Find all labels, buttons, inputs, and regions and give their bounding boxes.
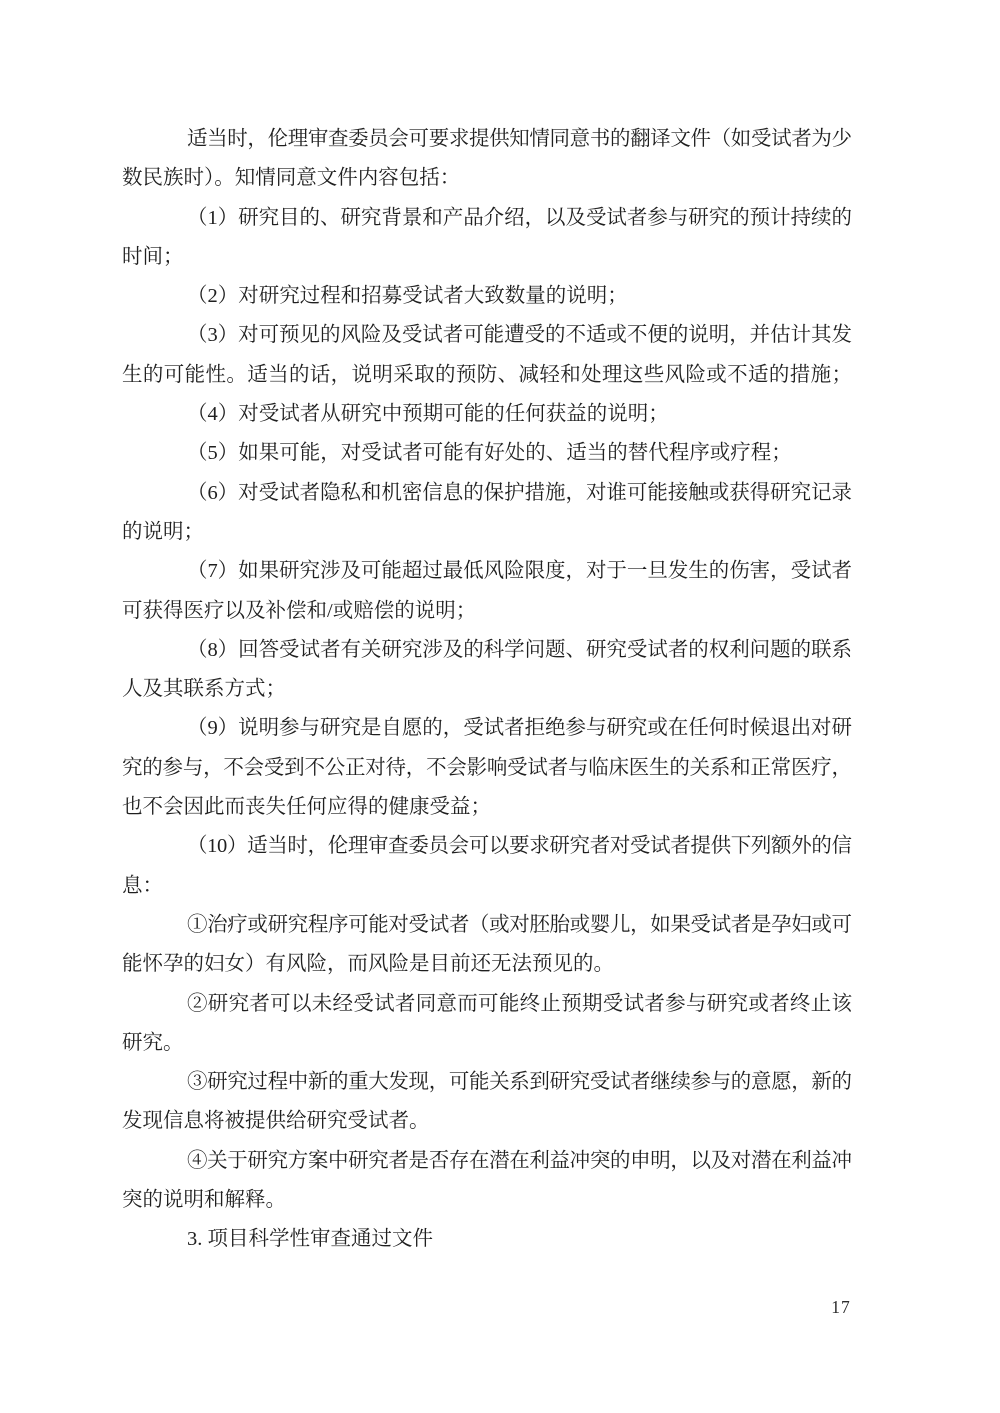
text-line-content: 发现信息将被提供给研究受试者。 — [122, 1110, 430, 1132]
text-line-content: ③研究过程中新的重大发现，可能关系到研究受试者继续参与的意愿，新的 — [187, 1071, 852, 1093]
text-line-content: 研究。 — [122, 1032, 184, 1054]
text-line-content: （5）如果可能，对受试者可能有好处的、适当的替代程序或疗程； — [187, 442, 792, 464]
text-line: ④关于研究方案中研究者是否存在潜在利益冲突的申明，以及对潜在利益冲 — [122, 1142, 852, 1181]
text-line: 息： — [122, 867, 852, 906]
text-line: 突的说明和解释。 — [122, 1181, 852, 1220]
text-line-content: 适当时，伦理审查委员会可要求提供知情同意书的翻译文件（如受试者为少 — [187, 128, 852, 150]
text-line-content: 3. 项目科学性审查通过文件 — [187, 1228, 433, 1250]
text-line: 究的参与，不会受到不公正对待，不会影响受试者与临床医生的关系和正常医疗， — [122, 749, 852, 788]
text-line: （4）对受试者从研究中预期可能的任何获益的说明； — [122, 395, 852, 434]
text-line: 发现信息将被提供给研究受试者。 — [122, 1102, 852, 1141]
document-page: 适当时，伦理审查委员会可要求提供知情同意书的翻译文件（如受试者为少数民族时）。知… — [0, 0, 1000, 1413]
text-line-content: （2）对研究过程和招募受试者大致数量的说明； — [187, 285, 628, 307]
text-line: （2）对研究过程和招募受试者大致数量的说明； — [122, 277, 852, 316]
text-line: ③研究过程中新的重大发现，可能关系到研究受试者继续参与的意愿，新的 — [122, 1063, 852, 1102]
text-line: （6）对受试者隐私和机密信息的保护措施，对谁可能接触或获得研究记录 — [122, 474, 852, 513]
text-line: （5）如果可能，对受试者可能有好处的、适当的替代程序或疗程； — [122, 434, 852, 473]
text-line: （3）对可预见的风险及受试者可能遭受的不适或不便的说明，并估计其发 — [122, 316, 852, 355]
text-line-content: （10）适当时，伦理审查委员会可以要求研究者对受试者提供下列额外的信 — [187, 835, 852, 857]
text-line-content: 息： — [122, 875, 163, 897]
text-line-content: （3）对可预见的风险及受试者可能遭受的不适或不便的说明，并估计其发 — [187, 324, 852, 346]
page-number: 17 — [826, 1293, 856, 1321]
text-line: 人及其联系方式； — [122, 670, 852, 709]
text-line-content: （6）对受试者隐私和机密信息的保护措施，对谁可能接触或获得研究记录 — [187, 482, 852, 504]
text-line-content: 究的参与，不会受到不公正对待，不会影响受试者与临床医生的关系和正常医疗， — [122, 757, 852, 779]
text-line: （9）说明参与研究是自愿的，受试者拒绝参与研究或在任何时候退出对研 — [122, 709, 852, 748]
text-line: 能怀孕的妇女）有风险，而风险是目前还无法预见的。 — [122, 945, 852, 984]
text-line-content: （7）如果研究涉及可能超过最低风险限度，对于一旦发生的伤害，受试者 — [187, 560, 852, 582]
text-line: ②研究者可以未经受试者同意而可能终止预期受试者参与研究或者终止该 — [122, 985, 852, 1024]
text-line: 生的可能性。适当的话，说明采取的预防、减轻和处理这些风险或不适的措施； — [122, 356, 852, 395]
text-line: （7）如果研究涉及可能超过最低风险限度，对于一旦发生的伤害，受试者 — [122, 552, 852, 591]
text-line: 可获得医疗以及补偿和/或赔偿的说明； — [122, 592, 852, 631]
text-line-content: （1）研究目的、研究背景和产品介绍，以及受试者参与研究的预计持续的 — [187, 207, 852, 229]
text-line: 也不会因此而丧失任何应得的健康受益； — [122, 788, 852, 827]
text-line-content: 突的说明和解释。 — [122, 1189, 286, 1211]
text-line-content: 人及其联系方式； — [122, 678, 286, 700]
text-line: 3. 项目科学性审查通过文件 — [122, 1220, 852, 1259]
text-line-content: ①治疗或研究程序可能对受试者（或对胚胎或婴儿，如果受试者是孕妇或可 — [187, 914, 852, 936]
text-line: 数民族时）。知情同意文件内容包括： — [122, 159, 852, 198]
text-line: （8）回答受试者有关研究涉及的科学问题、研究受试者的权利问题的联系 — [122, 631, 852, 670]
document-body-text: 适当时，伦理审查委员会可要求提供知情同意书的翻译文件（如受试者为少数民族时）。知… — [122, 120, 852, 1260]
text-line-content: 可获得医疗以及补偿和/或赔偿的说明； — [122, 600, 476, 622]
text-line-content: ②研究者可以未经受试者同意而可能终止预期受试者参与研究或者终止该 — [187, 993, 852, 1015]
text-line: 适当时，伦理审查委员会可要求提供知情同意书的翻译文件（如受试者为少 — [122, 120, 852, 159]
text-line-content: （9）说明参与研究是自愿的，受试者拒绝参与研究或在任何时候退出对研 — [187, 717, 852, 739]
text-line-content: 也不会因此而丧失任何应得的健康受益； — [122, 796, 491, 818]
text-line-content: 能怀孕的妇女）有风险，而风险是目前还无法预见的。 — [122, 953, 614, 975]
text-line-content: 的说明； — [122, 521, 204, 543]
text-line: 时间； — [122, 238, 852, 277]
text-line-content: 生的可能性。适当的话，说明采取的预防、减轻和处理这些风险或不适的措施； — [122, 364, 852, 386]
text-line: ①治疗或研究程序可能对受试者（或对胚胎或婴儿，如果受试者是孕妇或可 — [122, 906, 852, 945]
text-line: 的说明； — [122, 513, 852, 552]
text-line: 研究。 — [122, 1024, 852, 1063]
text-line-content: 数民族时）。知情同意文件内容包括： — [122, 167, 460, 189]
text-line-content: （4）对受试者从研究中预期可能的任何获益的说明； — [187, 403, 669, 425]
text-line: （10）适当时，伦理审查委员会可以要求研究者对受试者提供下列额外的信 — [122, 827, 852, 866]
text-line-content: 时间； — [122, 246, 184, 268]
text-line: （1）研究目的、研究背景和产品介绍，以及受试者参与研究的预计持续的 — [122, 199, 852, 238]
text-line-content: （8）回答受试者有关研究涉及的科学问题、研究受试者的权利问题的联系 — [187, 639, 852, 661]
text-line-content: ④关于研究方案中研究者是否存在潜在利益冲突的申明，以及对潜在利益冲 — [187, 1150, 852, 1172]
